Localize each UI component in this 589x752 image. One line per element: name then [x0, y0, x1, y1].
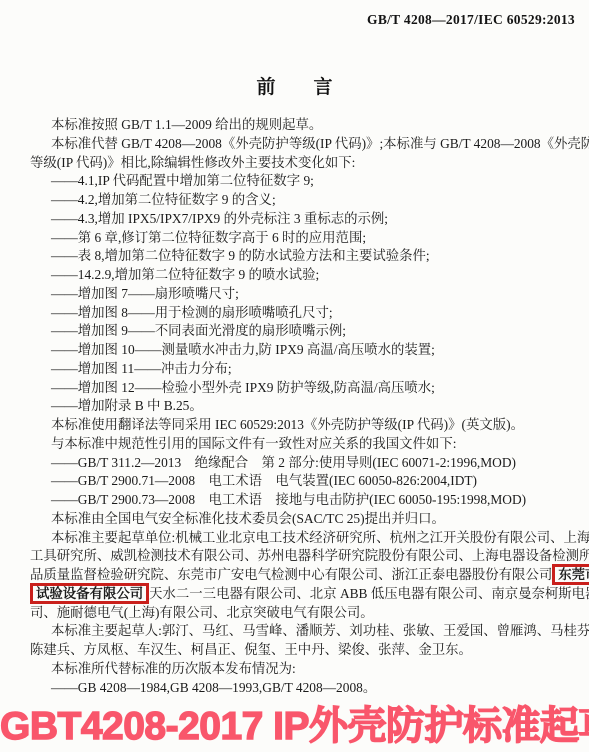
line-text: 品质量监督检验研究院、东莞市广安电气检测中心有限公司、浙江正泰电器股份有限公司	[30, 567, 552, 582]
line-text: 本标准所代替标准的历次版本发布情况为:	[51, 661, 296, 676]
document-line: ——增加图 11——冲击力分布;	[30, 360, 561, 379]
document-line: 本标准主要起草单位:机械工业北京电工技术经济研究所、杭州之江开关股份有限公司、上…	[30, 529, 561, 548]
line-text: 等级(IP 代码)》相比,除编辑性修改外主要技术变化如下:	[30, 155, 355, 170]
document-line: 本标准使用翻译法等同采用 IEC 60529:2013《外壳防护等级(IP 代码…	[30, 416, 561, 435]
document-line: ——GB/T 2900.71—2008 电工术语 电气装置(IEC 60050-…	[30, 472, 561, 491]
line-text: 工具研究所、威凯检测技术有限公司、苏州电器科学研究院股份有限公司、上海电器设备检…	[30, 548, 589, 563]
line-text: ——表 8,增加第二位特征数字 9 的防水试验方法和主要试验条件;	[51, 248, 430, 263]
line-text: ——增加图 9——不同表面光滑度的扇形喷嘴示例;	[51, 323, 346, 338]
document-line: ——GB/T 2900.73—2008 电工术语 接地与电击防护(IEC 600…	[30, 491, 561, 510]
document-line: ——第 6 章,修订第二位特征数字高于 6 时的应用范围;	[30, 229, 561, 248]
line-text: ——4.3,增加 IPX5/IPX7/IPX9 的外壳标注 3 重标志的示例;	[51, 211, 388, 226]
document-line: 本标准按照 GB/T 1.1—2009 给出的规则起草。	[30, 116, 561, 135]
document-line: 品质量监督检验研究院、东莞市广安电气检测中心有限公司、浙江正泰电器股份有限公司东…	[30, 566, 561, 585]
highlight-box: 试验设备有限公司	[30, 583, 149, 604]
document-line: ——14.2.9,增加第二位特征数字 9 的喷水试验;	[30, 266, 561, 285]
document-line: ——4.3,增加 IPX5/IPX7/IPX9 的外壳标注 3 重标志的示例;	[30, 210, 561, 229]
line-text: ——14.2.9,增加第二位特征数字 9 的喷水试验;	[51, 267, 319, 282]
caption-title: GBT4208-2017 IP外壳防护标准起草单位	[0, 695, 589, 751]
line-text: ——增加图 10——测量喷水冲击力,防 IPX9 高温/高压喷水的装置;	[51, 342, 435, 357]
document-body: 本标准按照 GB/T 1.1—2009 给出的规则起草。本标准代替 GB/T 4…	[30, 116, 561, 697]
document-line: ——增加图 10——测量喷水冲击力,防 IPX9 高温/高压喷水的装置;	[30, 341, 561, 360]
line-text: 司、施耐德电气(上海)有限公司、北京突破电气有限公司。	[30, 605, 374, 620]
document-line: ——表 8,增加第二位特征数字 9 的防水试验方法和主要试验条件;	[30, 247, 561, 266]
line-text: ——4.2,增加第二位特征数字 9 的含义;	[51, 192, 276, 207]
document-line: 司、施耐德电气(上海)有限公司、北京突破电气有限公司。	[30, 604, 561, 623]
document-line: 本标准所代替标准的历次版本发布情况为:	[30, 660, 561, 679]
document-line: 本标准主要起草人:郭汀、马红、马雪峰、潘顺芳、刘功桂、张敏、王爱国、曾雁鸿、马桂…	[30, 622, 561, 641]
document-line: ——4.1,IP 代码配置中增加第二位特征数字 9;	[30, 172, 561, 191]
document-line: ——4.2,增加第二位特征数字 9 的含义;	[30, 191, 561, 210]
document-page: GB/T 4208—2017/IEC 60529:2013 前 言 本标准按照 …	[0, 0, 589, 752]
document-line: ——增加图 12——检验小型外壳 IPX9 防护等级,防高温/高压喷水;	[30, 379, 561, 398]
line-text: ——第 6 章,修订第二位特征数字高于 6 时的应用范围;	[51, 230, 366, 245]
document-line: ——增加图 9——不同表面光滑度的扇形喷嘴示例;	[30, 322, 561, 341]
document-line: 与本标准中规范性引用的国际文件有一致性对应关系的我国文件如下:	[30, 435, 561, 454]
line-text: ——GB/T 2900.71—2008 电工术语 电气装置(IEC 60050-…	[51, 473, 477, 488]
line-text: 与本标准中规范性引用的国际文件有一致性对应关系的我国文件如下:	[51, 436, 456, 451]
line-text: ——增加图 12——检验小型外壳 IPX9 防护等级,防高温/高压喷水;	[51, 380, 435, 395]
line-text: ——4.1,IP 代码配置中增加第二位特征数字 9;	[51, 173, 314, 188]
document-line: 等级(IP 代码)》相比,除编辑性修改外主要技术变化如下:	[30, 154, 561, 173]
line-text: ——增加图 11——冲击力分布;	[51, 361, 232, 376]
line-text: ——增加图 7——扇形喷嘴尺寸;	[51, 286, 239, 301]
line-text: ——GB/T 2900.73—2008 电工术语 接地与电击防护(IEC 600…	[51, 492, 526, 507]
line-text: ——增加附录 B 中 B.25。	[51, 398, 203, 413]
document-line: ——增加图 7——扇形喷嘴尺寸;	[30, 285, 561, 304]
highlight-box: 东莞市科翔	[552, 564, 589, 585]
line-text: 本标准主要起草人:郭汀、马红、马雪峰、潘顺芳、刘功桂、张敏、王爱国、曾雁鸿、马桂…	[51, 623, 589, 638]
line-text: 本标准使用翻译法等同采用 IEC 60529:2013《外壳防护等级(IP 代码…	[51, 417, 524, 432]
document-line: 工具研究所、威凯检测技术有限公司、苏州电器科学研究院股份有限公司、上海电器设备检…	[30, 547, 561, 566]
document-line: 本标准代替 GB/T 4208—2008《外壳防护等级(IP 代码)》;本标准与…	[30, 135, 561, 154]
line-text: ——GB/T 311.2—2013 绝缘配合 第 2 部分:使用导则(IEC 6…	[51, 455, 516, 470]
line-text: 陈建兵、方凤枢、车汉生、柯昌正、倪玺、王中丹、梁俊、张萍、金卫东。	[30, 642, 472, 657]
document-line: ——GB/T 311.2—2013 绝缘配合 第 2 部分:使用导则(IEC 6…	[30, 454, 561, 473]
document-line: ——增加附录 B 中 B.25。	[30, 397, 561, 416]
standard-code-header: GB/T 4208—2017/IEC 60529:2013	[367, 12, 575, 28]
line-text: 本标准由全国电气安全标准化技术委员会(SAC/TC 25)提出并归口。	[51, 511, 445, 526]
line-text: 本标准按照 GB/T 1.1—2009 给出的规则起草。	[51, 117, 322, 132]
line-text: ——GB 4208—1984,GB 4208—1993,GB/T 4208—20…	[51, 680, 376, 695]
document-line: 本标准由全国电气安全标准化技术委员会(SAC/TC 25)提出并归口。	[30, 510, 561, 529]
document-line: ——增加图 8——用于检测的扇形喷嘴喷孔尺寸;	[30, 304, 561, 323]
line-text: 本标准主要起草单位:机械工业北京电工技术经济研究所、杭州之江开关股份有限公司、上…	[51, 530, 589, 545]
line-text: ——增加图 8——用于检测的扇形喷嘴喷孔尺寸;	[51, 305, 333, 320]
foreword-title: 前 言	[0, 72, 589, 99]
document-line: 试验设备有限公司天水二一三电器有限公司、北京 ABB 低压电器有限公司、南京曼奈…	[30, 585, 561, 604]
line-text: 天水二一三电器有限公司、北京 ABB 低压电器有限公司、南京曼奈柯斯电器有限公	[149, 586, 589, 601]
line-text: 本标准代替 GB/T 4208—2008《外壳防护等级(IP 代码)》;本标准与…	[51, 136, 589, 151]
document-line: 陈建兵、方凤枢、车汉生、柯昌正、倪玺、王中丹、梁俊、张萍、金卫东。	[30, 641, 561, 660]
